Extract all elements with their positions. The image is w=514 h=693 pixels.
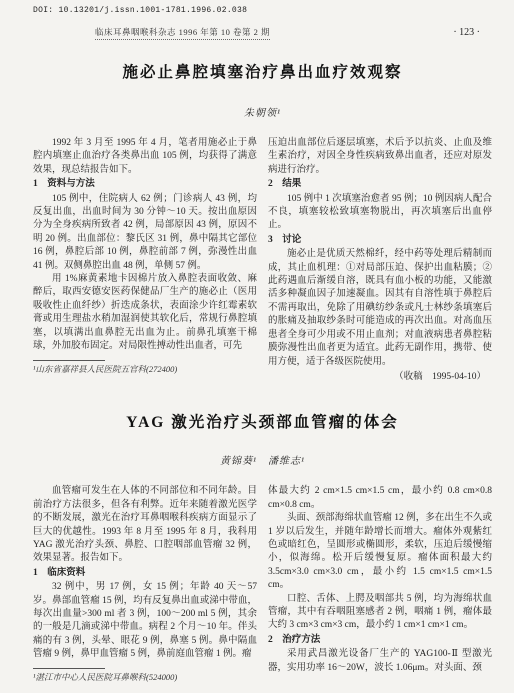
journal-page: DOI: 10.13201/j.issn.1001-1781.1996.02.0… (0, 0, 514, 693)
section-heading: 1 资料与方法 (33, 178, 257, 191)
section-heading: 1 临床资料 (33, 567, 257, 580)
article-1-body: 1992 年 3 月至 1995 年 4 月，笔者用施必止于鼻腔内填塞止血治疗各… (33, 137, 492, 384)
paragraph: 头面、颈部海绵状血管瘤 12 例，多在出生不久或 1 岁以后发生，并随年龄增长而… (268, 512, 492, 592)
running-header: 临床耳鼻咽喉科杂志 1996 年第 10 卷第 2 期 · 123 · (33, 26, 492, 40)
paragraph: 压迫出血部位后逐层填塞，术后予以抗炎、止血及维生素治疗，对因全身性疾病致鼻出血者… (268, 137, 492, 177)
article-2: YAG 激光治疗头颈部血管瘤的体会 黄锦葵¹ 潘维志¹ 血管瘤可发生在人体的不同… (33, 410, 492, 682)
received-date: （收稿 1995-04-10） (268, 371, 492, 384)
paragraph: 用 1%麻黄素地卡因棉片放入鼻腔表面收敛、麻醉后，取西安德安医药保健品厂生产的施… (33, 273, 257, 353)
article-1-author: 朱朝领¹ (33, 104, 492, 119)
article-2-left-column: 血管瘤可发生在人体的不同部位和不同年龄。目前治疗方法很多，但各有利弊。近年来随着… (33, 485, 257, 682)
section-heading: 2 结果 (268, 178, 492, 191)
section-heading: 3 讨论 (268, 234, 492, 247)
footnote-block: ¹湛江市中心人民医院耳鼻喉科(524000) (33, 668, 257, 683)
page-number: · 123 · (453, 27, 480, 38)
article-1: 施必止鼻腔填塞治疗鼻出血疗效观察 朱朝领¹ 1992 年 3 月至 1995 年… (33, 60, 492, 384)
footnote-rule (33, 668, 105, 669)
paragraph: 105 例中 1 次填塞治愈者 95 例；10 例因病人配合不良，填塞较松致填塞… (268, 193, 492, 233)
paragraph: 105 例中，住院病人 62 例；门诊病人 43 例，均反复出血，出血时间为 3… (33, 193, 257, 273)
article-1-title: 施必止鼻腔填塞治疗鼻出血疗效观察 (33, 60, 492, 82)
paragraph: 体最大约 2 cm×1.5 cm×1.5 cm，最小约 0.8 cm×0.8 c… (268, 485, 492, 512)
article-2-right-column: 体最大约 2 cm×1.5 cm×1.5 cm，最小约 0.8 cm×0.8 c… (268, 485, 492, 682)
paragraph: 口腔、舌体、上腭及咽部共 5 例，均为海绵状血管瘤，其中有吞咽阻塞感者 2 例，… (268, 593, 492, 633)
paragraph: 血管瘤可发生在人体的不同部位和不同年龄。目前治疗方法很多，但各有利弊。近年来随着… (33, 485, 257, 565)
paragraph: 采用武昌激光设备厂生产的 YAG100-Ⅱ 型激光器，实用功率 16～20W，波… (268, 648, 492, 675)
article-2-body: 血管瘤可发生在人体的不同部位和不同年龄。目前治疗方法很多，但各有利弊。近年来随着… (33, 485, 492, 682)
journal-title: 临床耳鼻咽喉科杂志 1996 年第 10 卷第 2 期 (95, 26, 270, 40)
paragraph: 1992 年 3 月至 1995 年 4 月，笔者用施必止于鼻腔内填塞止血治疗各… (33, 137, 257, 177)
paragraph: 施必止是优质天然棉纤，经中药等处理后精制而成，其止血机理：①对局部压迫、保护出血… (268, 248, 492, 369)
footnote-block: ¹山东省嘉祥县人民医院五官科(272400) (33, 360, 257, 375)
article-2-title: YAG 激光治疗头颈部血管瘤的体会 (33, 410, 492, 432)
paragraph: 32 例中，男 17 例，女 15 例；年龄 40 天～57 岁。鼻部血管瘤 1… (33, 581, 257, 661)
footnote-affiliation: ¹湛江市中心人民医院耳鼻喉科(524000) (33, 672, 257, 683)
section-heading: 2 治疗方法 (268, 634, 492, 647)
doi-line: DOI: 10.13201/j.issn.1001-1781.1996.02.0… (33, 6, 492, 15)
article-2-authors: 黄锦葵¹ 潘维志¹ (33, 452, 492, 467)
article-1-right-column: 压迫出血部位后逐层填塞，术后予以抗炎、止血及维生素治疗，对因全身性疾病致鼻出血者… (268, 137, 492, 384)
article-1-left-column: 1992 年 3 月至 1995 年 4 月，笔者用施必止于鼻腔内填塞止血治疗各… (33, 137, 257, 384)
footnote-rule (33, 360, 105, 361)
footnote-affiliation: ¹山东省嘉祥县人民医院五官科(272400) (33, 364, 257, 375)
